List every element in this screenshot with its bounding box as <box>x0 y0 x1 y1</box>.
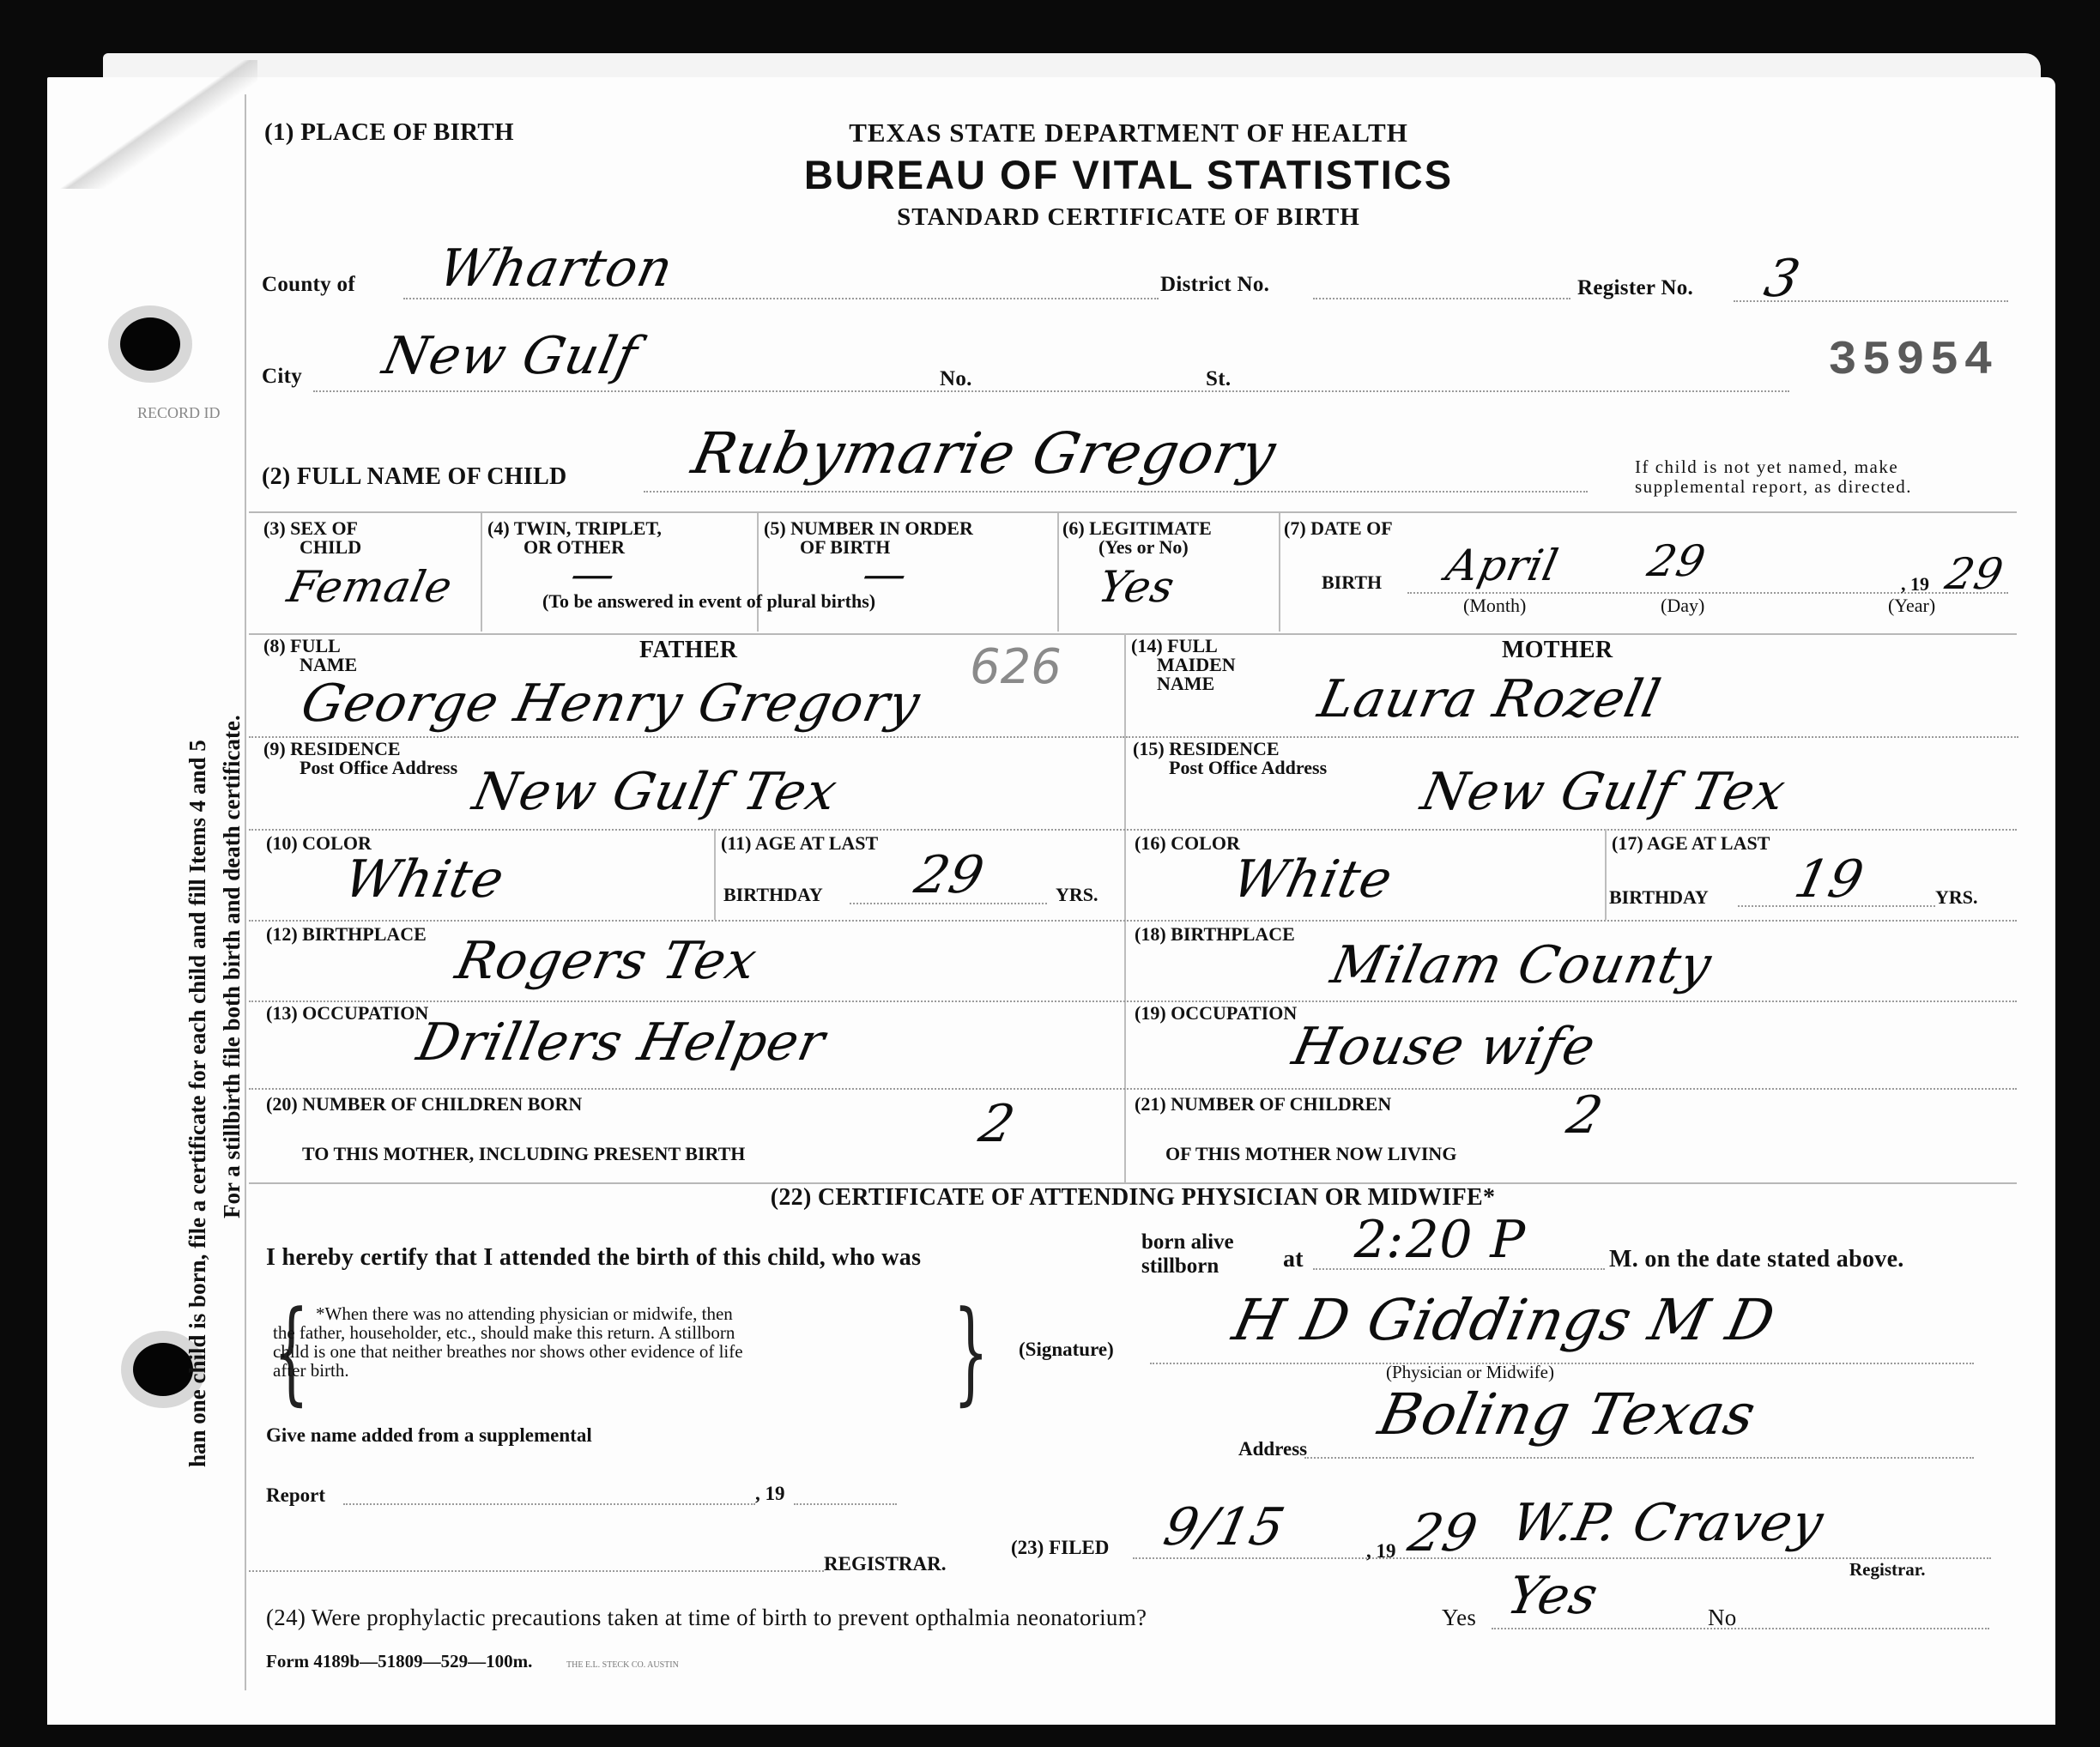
address-line <box>1304 1457 1974 1459</box>
street-label: St. <box>1206 367 1231 391</box>
birth-time-value[interactable]: 2:20 P <box>1347 1210 1532 1270</box>
mother-birthday-label: BIRTHDAY <box>1609 888 1709 907</box>
birth-month-value[interactable]: April <box>1442 541 1563 590</box>
mother-residence-label: (15) RESIDENCEPost Office Address <box>1133 740 1327 777</box>
mother-age-label: (17) AGE AT LAST <box>1612 834 1770 853</box>
footnote-line1: *When there was no attending physician o… <box>273 1304 743 1323</box>
legit-label-line2: (Yes or No) <box>1062 536 1189 558</box>
child-name-label: (2) FULL NAME OF CHILD <box>262 463 567 491</box>
date-of-label: (7) DATE OF <box>1284 519 1393 538</box>
printer-imprint: THE E.L. STECK CO. AUSTIN <box>566 1656 679 1675</box>
prophylaxis-line <box>1492 1628 1989 1629</box>
mother-heading: MOTHER <box>1502 637 1613 664</box>
father-residence-label-line2: Post Office Address <box>263 757 457 778</box>
mother-residence-label-line2: Post Office Address <box>1133 757 1327 778</box>
signature-line <box>1150 1363 1974 1364</box>
footnote-line3: child is one that neither breathes nor s… <box>273 1342 743 1361</box>
father-birthplace-value[interactable]: Rogers Tex <box>451 931 762 991</box>
child-name-value[interactable]: Rubymarie Gregory <box>687 420 1282 487</box>
father-occupation-value[interactable]: Drillers Helper <box>412 1013 831 1073</box>
prophylaxis-answer[interactable]: Yes <box>1502 1566 1604 1626</box>
children-born-label: (20) NUMBER OF CHILDREN BORN <box>266 1095 582 1114</box>
row-divider <box>249 511 2017 513</box>
sex-label-line2: CHILD <box>263 536 361 558</box>
mother-residence-value[interactable]: New Gulf Tex <box>1416 762 1791 822</box>
place-of-birth-label: (1) PLACE OF BIRTH <box>264 118 514 147</box>
prophylaxis-question: (24) Were prophylactic precautions taken… <box>266 1605 1147 1631</box>
registrar-signature[interactable]: W.P. Cravey <box>1506 1493 1829 1553</box>
date-birth-label: BIRTH <box>1322 573 1382 592</box>
mother-name-label: (14) FULLMAIDENNAME <box>1131 637 1236 693</box>
father-age-unit: YRS. <box>1056 886 1098 904</box>
mother-color-value[interactable]: White <box>1227 849 1398 910</box>
folded-corner <box>60 60 257 189</box>
father-age-label: (11) AGE AT LAST <box>721 834 878 853</box>
register-label: Register No. <box>1577 276 1693 300</box>
report-line <box>343 1503 755 1505</box>
punch-hole-top <box>120 317 180 371</box>
sex-label: (3) SEX OFCHILD <box>263 519 361 557</box>
father-name-label: (8) FULLNAME <box>263 637 357 674</box>
born-alive-option: born alive <box>1141 1233 1234 1252</box>
col-divider <box>1057 513 1059 632</box>
side-note-stillbirth: For a stillbirth file both birth and dea… <box>219 715 245 1218</box>
father-age-value[interactable]: 29 <box>910 845 989 905</box>
row-divider <box>249 920 2017 922</box>
mother-name-value[interactable]: Laura Rozell <box>1313 669 1666 729</box>
right-brace: } <box>953 1296 989 1407</box>
name-note-line2: supplemental report, as directed. <box>1635 477 1912 496</box>
mother-name-label-line3: NAME <box>1131 673 1214 694</box>
father-name-value[interactable]: George Henry Gregory <box>296 674 925 734</box>
city-label: City <box>262 365 302 389</box>
form-number: Form 4189b—51809—529—100m. <box>266 1652 532 1671</box>
day-caption: (Day) <box>1661 596 1704 615</box>
mother-occupation-value[interactable]: House wife <box>1287 1017 1601 1077</box>
filed-year-value[interactable]: 29 <box>1403 1503 1483 1563</box>
department-title: TEXAS STATE DEPARTMENT OF HEALTH <box>785 118 1472 148</box>
twin-label: (4) TWIN, TRIPLET,OR OTHER <box>487 519 662 557</box>
father-heading: FATHER <box>639 637 737 664</box>
col-divider <box>1279 513 1280 632</box>
county-value[interactable]: Wharton <box>433 239 679 299</box>
report-label: Report <box>266 1486 325 1505</box>
age-divider-father <box>714 829 716 920</box>
physician-cert-heading: (22) CERTIFICATE OF ATTENDING PHYSICIAN … <box>257 1184 2008 1212</box>
mother-occupation-label: (19) OCCUPATION <box>1135 1004 1297 1023</box>
signature-caption: (Physician or Midwife) <box>1386 1363 1554 1381</box>
physician-address[interactable]: Boling Texas <box>1373 1381 1762 1448</box>
mother-color-label: (16) COLOR <box>1135 834 1240 853</box>
street-number-label: No. <box>940 367 972 391</box>
footnote-line2: the father, householder, etc., should ma… <box>273 1323 743 1342</box>
prophylaxis-yes-label: Yes <box>1442 1605 1476 1631</box>
father-occupation-label: (13) OCCUPATION <box>266 1004 428 1023</box>
children-born-label-2: TO THIS MOTHER, INCLUDING PRESENT BIRTH <box>302 1145 745 1164</box>
filed-label: (23) FILED <box>1011 1538 1109 1557</box>
city-line <box>313 390 1789 392</box>
filed-year-prefix: , 19 <box>1366 1542 1396 1561</box>
record-id-stamp: RECORD ID <box>137 403 221 422</box>
address-label: Address <box>1238 1440 1307 1459</box>
county-label: County of <box>262 273 355 297</box>
name-note-line1: If child is not yet named, make <box>1635 457 1898 476</box>
mother-birthplace-label: (18) BIRTHPLACE <box>1135 925 1295 944</box>
row-divider <box>249 1000 2017 1002</box>
at-label: at <box>1283 1246 1304 1273</box>
plural-births-note: (To be answered in event of plural birth… <box>542 592 875 611</box>
certify-text: I hereby certify that I attended the bir… <box>266 1244 921 1272</box>
mother-age-unit: YRS. <box>1935 888 1978 907</box>
certificate-number-stamp: 35954 <box>1828 333 1998 388</box>
mother-age-value[interactable]: 19 <box>1789 849 1869 910</box>
district-line <box>1313 298 1570 299</box>
report-year-line <box>794 1503 897 1505</box>
footnote-text: *When there was no attending physician o… <box>273 1304 743 1380</box>
children-living-label: (21) NUMBER OF CHILDREN <box>1135 1095 1391 1114</box>
row-divider <box>249 829 2017 831</box>
legitimate-value[interactable]: Yes <box>1094 562 1179 612</box>
city-value[interactable]: New Gulf <box>378 326 643 386</box>
birth-year-value[interactable]: 29 <box>1941 549 2008 599</box>
physician-signature[interactable]: H D Giddings M D <box>1227 1287 1781 1353</box>
father-residence-label: (9) RESIDENCEPost Office Address <box>263 740 457 777</box>
district-label: District No. <box>1160 273 1269 297</box>
registrar-line <box>249 1570 824 1572</box>
year-prefix: , 19 <box>1901 575 1929 594</box>
row-divider <box>249 1088 2017 1090</box>
time-suffix: M. on the date stated above. <box>1609 1246 1904 1273</box>
bureau-title: BUREAU OF VITAL STATISTICS <box>742 151 1515 198</box>
col-divider <box>481 513 482 632</box>
side-note-plural: han one child is born, file a certificat… <box>185 740 211 1467</box>
year-caption: (Year) <box>1888 596 1935 615</box>
filed-date-value[interactable]: 9/15 <box>1159 1497 1291 1557</box>
father-residence-value[interactable]: New Gulf Tex <box>468 762 843 822</box>
sex-value[interactable]: Female <box>283 562 457 612</box>
father-birthplace-label: (12) BIRTHPLACE <box>266 925 427 944</box>
age-divider-mother <box>1605 829 1607 920</box>
footnote-line4: after birth. <box>273 1361 743 1380</box>
col-divider <box>757 513 759 632</box>
registrar-suffix: Registrar. <box>1849 1560 1925 1579</box>
report-year-prefix: , 19 <box>755 1484 785 1503</box>
form-title: STANDARD CERTIFICATE OF BIRTH <box>828 203 1429 232</box>
prophylaxis-no-label: No <box>1708 1605 1737 1631</box>
supplemental-label: Give name added from a supplemental <box>266 1426 592 1445</box>
signature-label: (Signature) <box>1019 1340 1114 1359</box>
father-name-label-line2: NAME <box>263 654 357 675</box>
mother-birthplace-value[interactable]: Milam County <box>1326 935 1717 995</box>
father-color-value[interactable]: White <box>339 849 510 910</box>
pencil-annotation: 626 <box>970 639 1062 695</box>
father-birthday-label: BIRTHDAY <box>723 886 823 904</box>
birth-day-value[interactable]: 29 <box>1643 536 1710 586</box>
month-caption: (Month) <box>1463 596 1526 615</box>
legitimate-label: (6) LEGITIMATE(Yes or No) <box>1062 519 1212 557</box>
father-mother-divider <box>1124 633 1126 1182</box>
stillborn-option: stillborn <box>1141 1257 1219 1276</box>
child-name-line <box>644 491 1588 493</box>
children-living-label-2: OF THIS MOTHER NOW LIVING <box>1165 1145 1456 1164</box>
registrar-label: REGISTRAR. <box>824 1555 947 1574</box>
